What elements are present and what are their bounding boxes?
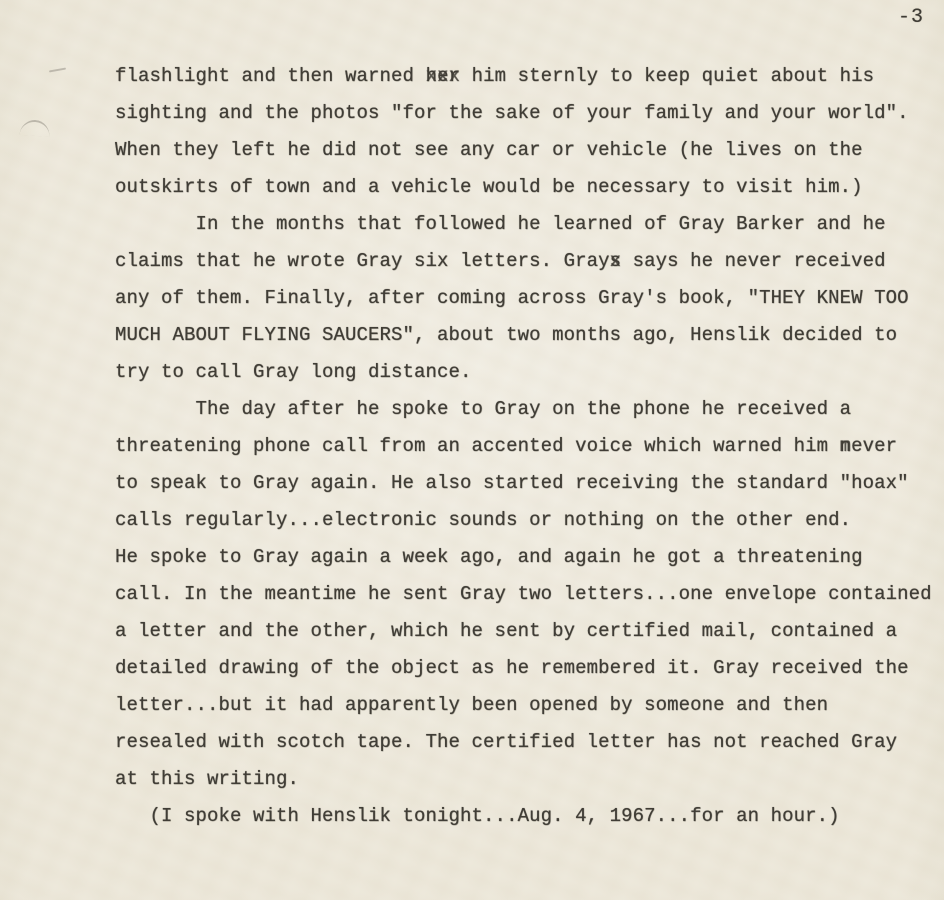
text-line: The day after he spoke to Gray on the ph… xyxy=(115,391,932,428)
text-line: detailed drawing of the object as he rem… xyxy=(115,650,932,687)
text-segment: He spoke to Gray again a week ago, and a… xyxy=(115,546,863,568)
text-line: When they left he did not see any car or… xyxy=(115,132,932,169)
text-segment: claims that he wrote Gray six letters. G… xyxy=(115,250,610,272)
text-line: In the months that followed he learned o… xyxy=(115,206,932,243)
text-segment: ever xyxy=(851,435,897,457)
text-line: at this writing. xyxy=(115,761,932,798)
page-number: -3 xyxy=(898,6,924,29)
text-line: MUCH ABOUT FLYING SAUCERS", about two mo… xyxy=(115,317,932,354)
text-segment: MUCH ABOUT FLYING SAUCERS", about two mo… xyxy=(115,324,897,346)
text-segment: any of them. Finally, after coming acros… xyxy=(115,287,909,309)
text-line: try to call Gray long distance. xyxy=(115,354,932,391)
text-line: any of them. Finally, after coming acros… xyxy=(115,280,932,317)
text-segment: sighting and the photos "for the sake of… xyxy=(115,102,909,124)
overstruck-text: nm xyxy=(840,428,852,465)
text-line: resealed with scotch tape. The certified… xyxy=(115,724,932,761)
document-body: flashlight and then warned herxxx him st… xyxy=(115,58,932,835)
overstruck-text: sx xyxy=(610,243,622,280)
text-line: a letter and the other, which he sent by… xyxy=(115,613,932,650)
pencil-mark-dash xyxy=(49,68,66,73)
text-segment: call. In the meantime he sent Gray two l… xyxy=(115,583,932,605)
text-segment: resealed with scotch tape. The certified… xyxy=(115,731,897,753)
text-segment: to speak to Gray again. He also started … xyxy=(115,472,909,494)
text-line: threatening phone call from an accented … xyxy=(115,428,932,465)
text-segment: (I spoke with Henslik tonight...Aug. 4, … xyxy=(115,805,840,827)
text-line: to speak to Gray again. He also started … xyxy=(115,465,932,502)
text-segment: The day after he spoke to Gray on the ph… xyxy=(115,398,851,420)
text-segment: says he never received xyxy=(621,250,886,272)
text-segment: a letter and the other, which he sent by… xyxy=(115,620,897,642)
text-segment: try to call Gray long distance. xyxy=(115,361,472,383)
text-line: call. In the meantime he sent Gray two l… xyxy=(115,576,932,613)
scanned-typewritten-page: -3 flashlight and then warned herxxx him… xyxy=(0,0,944,900)
text-line: outskirts of town and a vehicle would be… xyxy=(115,169,932,206)
text-line: claims that he wrote Gray six letters. G… xyxy=(115,243,932,280)
pencil-mark-curve xyxy=(19,119,50,137)
text-segment: him sternly to keep quiet about his xyxy=(460,65,874,87)
text-segment: letter...but it had apparently been open… xyxy=(115,694,828,716)
overstruck-text: herxxx xyxy=(426,58,461,95)
text-segment: threatening phone call from an accented … xyxy=(115,435,840,457)
text-segment: calls regularly...electronic sounds or n… xyxy=(115,509,851,531)
text-segment: In the months that followed he learned o… xyxy=(115,213,886,235)
text-segment: outskirts of town and a vehicle would be… xyxy=(115,176,863,198)
text-line: calls regularly...electronic sounds or n… xyxy=(115,502,932,539)
text-segment: When they left he did not see any car or… xyxy=(115,139,863,161)
text-line: flashlight and then warned herxxx him st… xyxy=(115,58,932,95)
text-line: He spoke to Gray again a week ago, and a… xyxy=(115,539,932,576)
text-segment: flashlight and then warned xyxy=(115,65,426,87)
text-line: (I spoke with Henslik tonight...Aug. 4, … xyxy=(115,798,932,835)
text-line: letter...but it had apparently been open… xyxy=(115,687,932,724)
text-segment: at this writing. xyxy=(115,768,299,790)
text-segment: detailed drawing of the object as he rem… xyxy=(115,657,909,679)
text-line: sighting and the photos "for the sake of… xyxy=(115,95,932,132)
